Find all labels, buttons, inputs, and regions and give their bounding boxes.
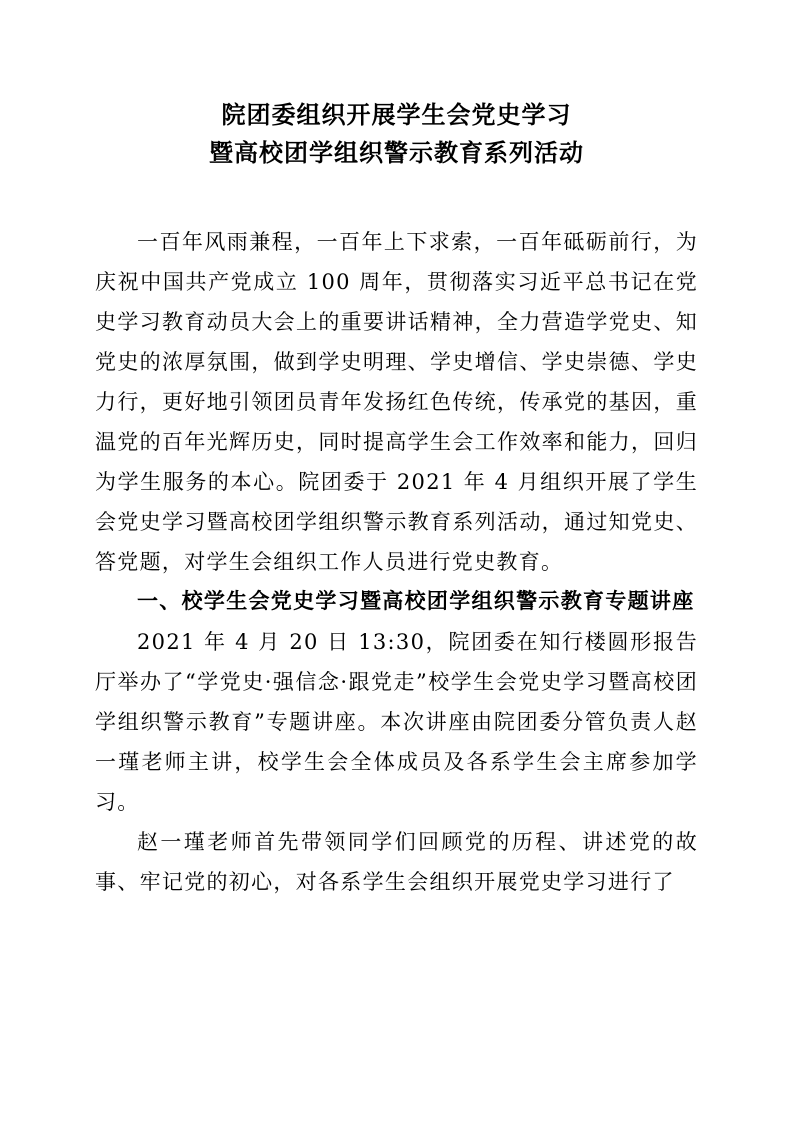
document-content: 院团委组织开展学生会党史学习 暨高校团学组织警示教育系列活动 一百年风雨兼程，一… <box>0 0 793 902</box>
document-title-line-1: 院团委组织开展学生会党史学习 <box>95 97 698 135</box>
document-title: 院团委组织开展学生会党史学习 暨高校团学组织警示教育系列活动 <box>95 97 698 173</box>
document-page: 院团委组织开展学生会党史学习 暨高校团学组织警示教育系列活动 一百年风雨兼程，一… <box>0 0 793 1122</box>
paragraph-intro: 一百年风雨兼程，一百年上下求索，一百年砥砺前行，为庆祝中国共产党成立 100 周… <box>95 222 698 582</box>
document-title-line-2: 暨高校团学组织警示教育系列活动 <box>95 135 698 173</box>
paragraph-lecture-details: 2021 年 4 月 20 日 13:30，院团委在知行楼圆形报告厅举办了“学党… <box>95 622 698 822</box>
paragraph-lecture-content: 赵一瑾老师首先带领同学们回顾党的历程、讲述党的故事、牢记党的初心，对各系学生会组… <box>95 822 698 902</box>
section-heading-1: 一、校学生会党史学习暨高校团学组织警示教育专题讲座 <box>95 582 698 622</box>
